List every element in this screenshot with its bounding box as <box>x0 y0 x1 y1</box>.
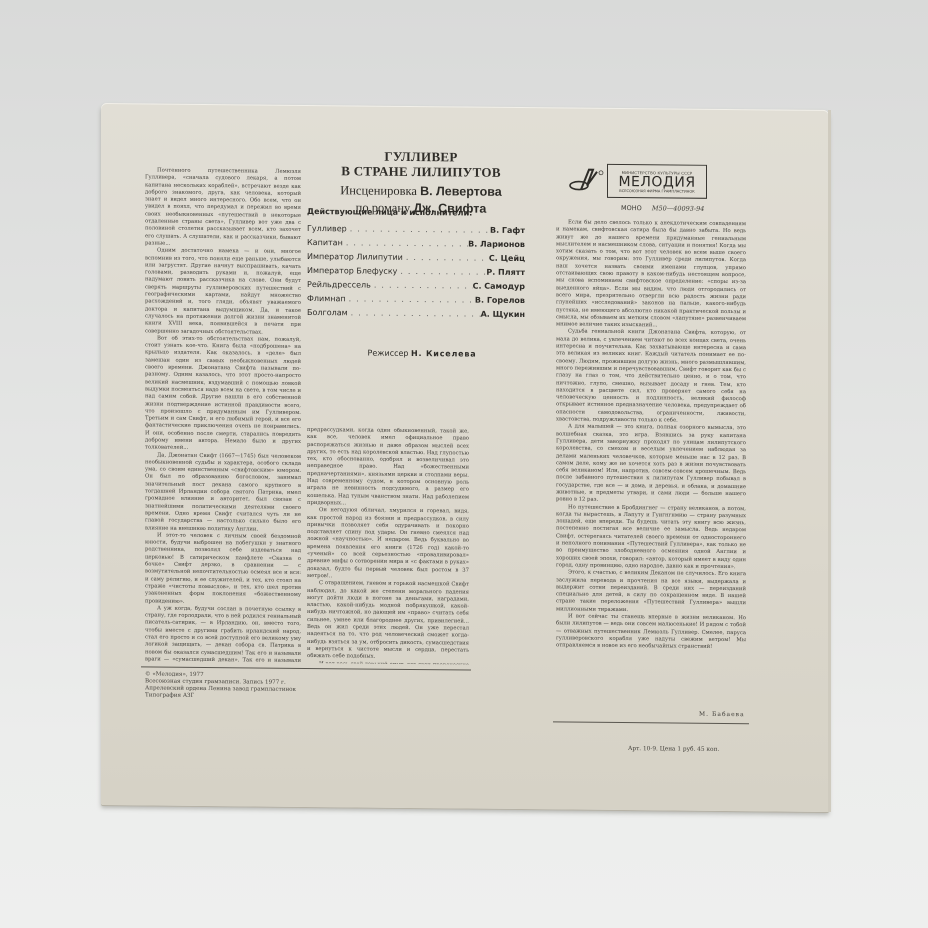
paragraph: И вот весь свой горький опыт, все свои п… <box>307 660 469 664</box>
imprint-line: Типография АЗГ <box>145 692 296 700</box>
firm-text: ВСЕСОЮЗНАЯ ФИРМА ГРАМПЛАСТИНОК <box>619 188 694 193</box>
author-signature: М. Бабаева <box>699 711 745 718</box>
director-name: Н. Киселева <box>411 349 476 359</box>
catalog-info: МОНО М50—40093-94 <box>621 204 704 213</box>
format-label: МОНО <box>621 204 642 212</box>
melodiya-logo: МИНИСТЕРСТВО КУЛЬТУРЫ СССР МЕЛОДИЯ ВСЕСО… <box>567 163 707 198</box>
paragraph: Вот об этих-то обстоятельствах нам, пожа… <box>145 335 301 453</box>
paragraph: И вот сейчас ты станешь впервые в жизни … <box>556 613 746 651</box>
leader-dots: ........................................ <box>397 265 486 280</box>
cast-role: Болголам <box>307 306 348 320</box>
cast-role: Флимнап <box>307 292 346 306</box>
paragraph: А уж когда, будучи сослан в почетную ссы… <box>145 605 301 665</box>
cast-actor: В. Горелов <box>475 294 525 308</box>
paragraph: Судьба гениальной книги Джонатана Свифта… <box>556 329 746 426</box>
paragraph: предрассудками, когда один обыкновенный,… <box>307 427 469 509</box>
catalog-number: М50—40093-94 <box>652 204 705 213</box>
leader-dots: ........................................ <box>371 279 473 294</box>
divider-line <box>553 721 749 724</box>
adaptation-prefix: Инсценировка <box>340 183 417 198</box>
cast-actor: С. Самодур <box>473 280 525 295</box>
paragraph: А для малышей — это книга, полная озорно… <box>556 424 746 506</box>
title-line-2: В СТРАНЕ ЛИЛИПУТОВ <box>307 163 535 180</box>
record-jacket-back: Почтенного путешественника Лемюэля Гулли… <box>101 103 829 812</box>
essay-column-right: Если бы дело свелось только к анекдотиче… <box>556 219 746 707</box>
melodiya-emblem-icon <box>567 163 607 197</box>
leader-dots: ........................................ <box>403 251 489 266</box>
cast-actor: А. Щукин <box>481 308 525 322</box>
paragraph: Но путешествие в Бробдингнег — страну ве… <box>556 504 746 571</box>
cast-header: Действующие лица и исполнители: <box>307 207 525 218</box>
paragraph: Если бы дело свелось только к анекдотиче… <box>556 219 746 330</box>
cast-actor: С. Цейц <box>489 252 525 266</box>
paragraph: Да, Джонатан Свифт (1667—1745) был челов… <box>145 452 301 534</box>
cast-actor: В. Гафт <box>490 224 525 238</box>
cast-actor: Р. Плятт <box>486 266 525 280</box>
price-line: Арт. 10-9. Цена 1 руб. 45 коп. <box>628 746 719 753</box>
leader-dots: ........................................ <box>346 292 475 307</box>
paragraph: Почтенного путешественника Лемюэля Гулли… <box>145 167 301 249</box>
cast-role: Рейльдрессель <box>307 278 371 293</box>
cast-role: Гулливер <box>307 222 347 236</box>
cast-role: Император Лилипутии <box>307 250 403 265</box>
melodiya-wordmark: МИНИСТЕРСТВО КУЛЬТУРЫ СССР МЕЛОДИЯ ВСЕСО… <box>607 164 707 199</box>
essay-column-left: Почтенного путешественника Лемюэля Гулли… <box>145 167 301 664</box>
director-credit: Режиссер Н. Киселева <box>307 348 537 359</box>
paragraph: Он негодуюя обличал, хмурился и горевал,… <box>307 507 469 582</box>
divider-line <box>141 666 471 670</box>
cast-actor: В. Ларионов <box>468 238 525 253</box>
adaptation-credit: Инсценировка В. Левертова <box>307 182 535 201</box>
paragraph: Этого, к счастью, с великим Деканом не с… <box>556 570 746 616</box>
leader-dots: ........................................ <box>348 306 481 321</box>
imprint-block: © «Мелодия», 1977 Всесоюзная студия грам… <box>145 671 296 700</box>
cast-row: Болголам................................… <box>307 306 525 322</box>
paragraph: Одним достаточно намека — и они, многое … <box>145 248 301 337</box>
paragraph: С отвращением, гневом и горькой насмешко… <box>307 580 469 662</box>
leader-dots: ........................................ <box>347 222 490 237</box>
leader-dots: ........................................ <box>343 236 468 251</box>
cast-role: Император Блефуску <box>307 264 397 279</box>
cast-role: Капитан <box>307 236 343 250</box>
adaptation-author: В. Левертова <box>420 184 502 199</box>
cast-list: Действующие лица и исполнители: Гулливер… <box>307 207 525 322</box>
essay-column-middle: предрассудками, когда один обыкновенный,… <box>307 427 469 665</box>
brand-text: МЕЛОДИЯ <box>618 174 695 189</box>
paragraph: И этот-то человек с личным своей бездомн… <box>145 532 301 606</box>
director-prefix: Режиссер <box>368 349 409 358</box>
